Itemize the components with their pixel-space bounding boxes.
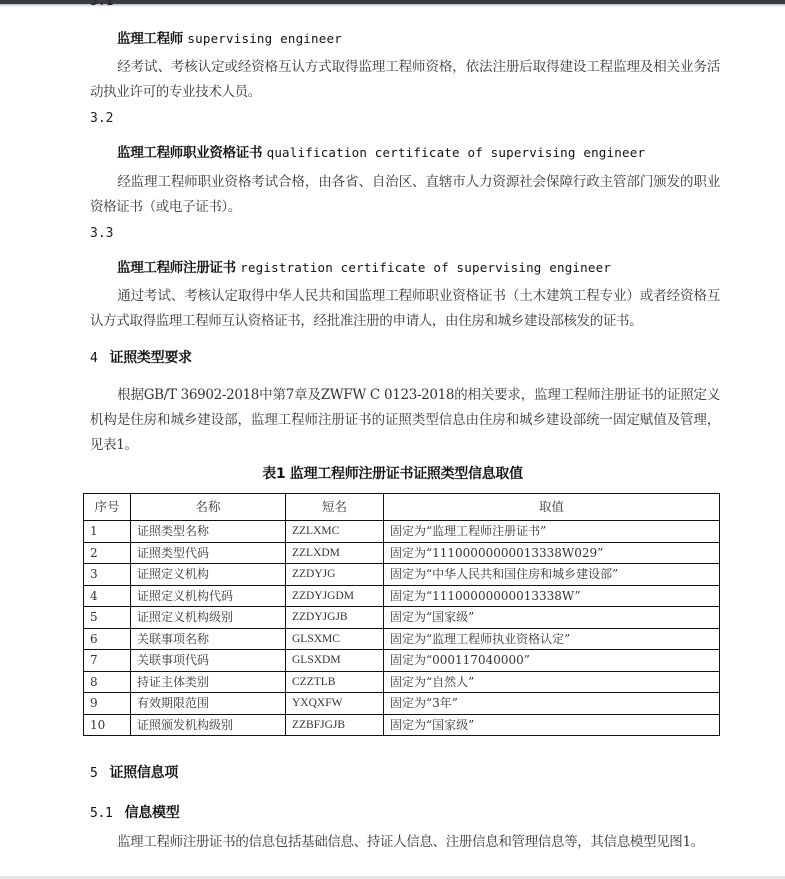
term-en: registration certificate of supervising … <box>240 260 611 275</box>
table-row: 6关联事项名称GLSXMC固定为“监理工程师执业资格认定” <box>84 628 720 650</box>
clause-number-3-3: 3.3 <box>90 226 113 241</box>
table-row: 10证照颁发机构级别ZZBFJGJB固定为“国家级” <box>84 714 720 736</box>
term-3-1: 监理工程师 supervising engineer <box>117 27 342 47</box>
definition-3-2: 经监理工程师职业资格考试合格，由各省、自治区、直辖市人力资源社会保障行政主管部门… <box>90 170 720 220</box>
section-heading-5: 5证照信息项 <box>90 762 178 782</box>
certificate-type-table: 序号 名称 短名 取值 1证照类型名称ZZLXMC固定为“监理工程师注册证书” … <box>83 493 720 736</box>
section-5-1-paragraph: 监理工程师注册证书的信息包括基础信息、持证人信息、注册信息和管理信息等，其信息模… <box>90 830 720 855</box>
header-serial: 序号 <box>84 494 131 521</box>
definition-3-3: 通过考试、考核认定取得中华人民共和国监理工程师职业资格证书（土木建筑工程专业）或… <box>90 284 720 334</box>
section-4-paragraph: 根据GB/T 36902-2018中第7章及ZWFW C 0123-2018的相… <box>90 383 720 458</box>
table-header-row: 序号 名称 短名 取值 <box>84 494 720 521</box>
header-value: 取值 <box>384 494 720 521</box>
clause-number-3-2: 3.2 <box>90 111 113 126</box>
term-3-3: 监理工程师注册证书 registration certificate of su… <box>117 256 611 276</box>
header-name: 名称 <box>131 494 286 521</box>
table-row: 9有效期限范围YXQXFW固定为“3年” <box>84 693 720 715</box>
table-row: 1证照类型名称ZZLXMC固定为“监理工程师注册证书” <box>84 521 720 543</box>
table-row: 4证照定义机构代码ZZDYJGDM固定为“11100000000013338W” <box>84 585 720 607</box>
clause-number-3-1: 3.1 <box>90 0 113 9</box>
definition-3-1: 经考试、考核认定或经资格互认方式取得监理工程师资格，依法注册后取得建设工程监理及… <box>90 55 720 105</box>
term-3-2: 监理工程师职业资格证书 qualification certificate of… <box>117 141 645 161</box>
table-row: 3证照定义机构ZZDYJG固定为“中华人民共和国住房和城乡建设部” <box>84 564 720 586</box>
term-zh: 监理工程师职业资格证书 <box>117 145 262 161</box>
term-zh: 监理工程师 <box>117 31 183 47</box>
table-row: 5证照定义机构级别ZZDYJGJB固定为“国家级” <box>84 607 720 629</box>
table-1-caption: 表1 监理工程师注册证书证照类型信息取值 <box>0 463 785 483</box>
term-zh: 监理工程师注册证书 <box>117 260 236 276</box>
table-row: 2证照类型代码ZZLXDM固定为“11100000000013338W029” <box>84 542 720 564</box>
term-en: supervising engineer <box>187 31 342 46</box>
term-en: qualification certificate of supervising… <box>267 145 646 160</box>
viewer-top-shadow <box>0 4 785 7</box>
section-heading-5-1: 5.1信息模型 <box>90 802 179 822</box>
section-heading-4: 4证照类型要求 <box>90 347 192 367</box>
table-row: 8持证主体类别CZZTLB固定为“自然人” <box>84 671 720 693</box>
table-row: 7关联事项代码GLSXDM固定为“000117040000” <box>84 650 720 672</box>
header-short-name: 短名 <box>286 494 384 521</box>
